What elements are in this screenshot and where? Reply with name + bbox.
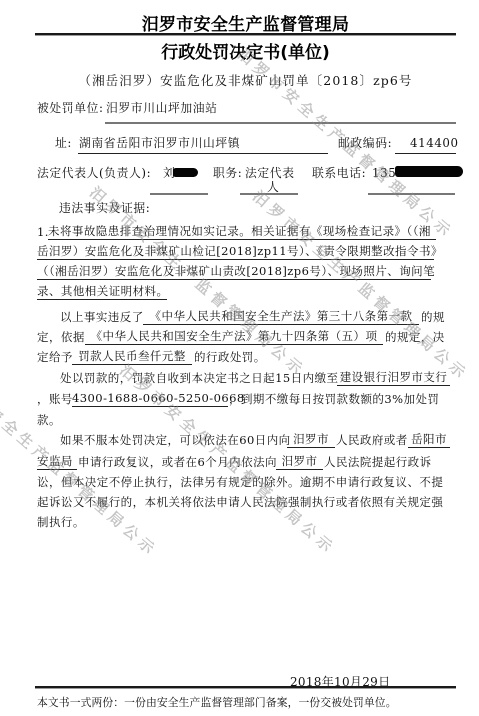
penalized-unit-label: 被处罚单位: (37, 98, 104, 118)
body-text: 人民法院提起行政诉 (324, 452, 432, 472)
penalized-unit-underline (105, 122, 456, 124)
government-name: 汨罗市 (287, 430, 335, 448)
penalized-unit-value: 汨罗市川山坪加油站 (106, 98, 218, 118)
legal-rep-underline (150, 193, 208, 195)
body-text: 的规定，决 (385, 327, 445, 347)
footer-rule-shadow (35, 688, 456, 689)
underlined-text: （（湘岳汨罗）安监危化及非煤矿山责改[2018]zp6号）、现场照片、询问笔 (37, 262, 431, 280)
court-name: 汨罗市 (276, 452, 323, 470)
body-text: 定给予 (37, 347, 73, 367)
body-text: 定，依据 (37, 327, 85, 347)
account-number: 4300-1688-0660-5250-0668 (72, 389, 228, 407)
postal-code-label: 邮政编码: (338, 133, 392, 153)
body-text: 讼，但本决定不停止执行，法律另有规定的除外。逾期不申请行政复议、不提 (37, 472, 443, 492)
address-underline (78, 153, 328, 154)
penalty-amount: 罚款人民币叁仟元整 (72, 347, 192, 365)
underlined-text: 未将事故隐患排查治理情况如实记录。相关证据有《现场检查记录》（（湘 (48, 222, 436, 240)
body-text: 的规 (421, 307, 445, 327)
penalty-basis: 《中华人民共和国安全生产法》第九十四条第（五）项 (85, 327, 383, 345)
phone-label: 联系电话: (312, 163, 366, 183)
body-text: ，账号 (37, 389, 73, 409)
header-rule-shadow (35, 35, 456, 36)
body-text: 的行政处罚。 (194, 347, 266, 367)
underlined-text: 岳汨罗）安监危化及非煤矿山检记[2018]zp11号）、《责令限期整改指令书》 (37, 242, 434, 260)
violated-law: 《中华人民共和国安全生产法》第三十八条第一款 (143, 307, 419, 325)
body-text: 以上事实违反了 (60, 307, 144, 327)
legal-rep-label: 法定代表人(负责人): (37, 163, 151, 183)
postal-code-underline (395, 153, 456, 154)
phone-underline (368, 193, 455, 195)
body-text: 制执行。 (37, 512, 85, 532)
body-text: ，到期不缴每日按罚款数额的3%加处罚 (229, 389, 439, 409)
body-text: 起诉讼又不履行的，本机关将依法申请人民法院强制执行或者依照有关规定强 (37, 492, 443, 512)
position-label: 职务: (213, 163, 242, 183)
body-text: 处以罚款的，罚款自收到本决定书之日起15日内缴至 (60, 368, 338, 388)
document-title: 行政处罚决定书(单位) (35, 41, 456, 65)
address-value: 湖南省岳阳市汨罗市川山坪镇 (79, 133, 240, 153)
watermark-text: 汨罗市安全生产监督管理局公示 (250, 188, 472, 384)
redaction-mark (173, 168, 198, 177)
position-underline (240, 193, 298, 195)
body-text: 人民政府或者 (336, 430, 408, 450)
facts-heading: 违法事实及证据: (59, 198, 150, 218)
body-text: 如果不服本处罚决定，可以依法在60日内向 (60, 430, 291, 450)
body-text: 款。 (37, 410, 61, 430)
payment-bank: 建设银行汨罗市支行 (337, 368, 450, 386)
document-number: （湘岳汨罗）安监危化及非煤矿山罚单〔2018〕zp6号 (35, 72, 456, 90)
body-text: 申请行政复议，或者在6个月内依法向 (78, 452, 277, 472)
address-label: 址: (55, 133, 72, 153)
review-authority: 安监局 (37, 452, 77, 470)
footer-note: 本文书一式两份：一份由安全生产监督管理部门备案，一份交被处罚单位。 (37, 695, 397, 711)
postal-code-value: 414400 (410, 133, 459, 153)
review-authority: 岳阳市 (408, 430, 450, 448)
phone-value: 135 (372, 163, 396, 183)
underlined-text: 录、其他相关证明材料。 (37, 282, 167, 300)
redaction-mark (395, 166, 463, 177)
